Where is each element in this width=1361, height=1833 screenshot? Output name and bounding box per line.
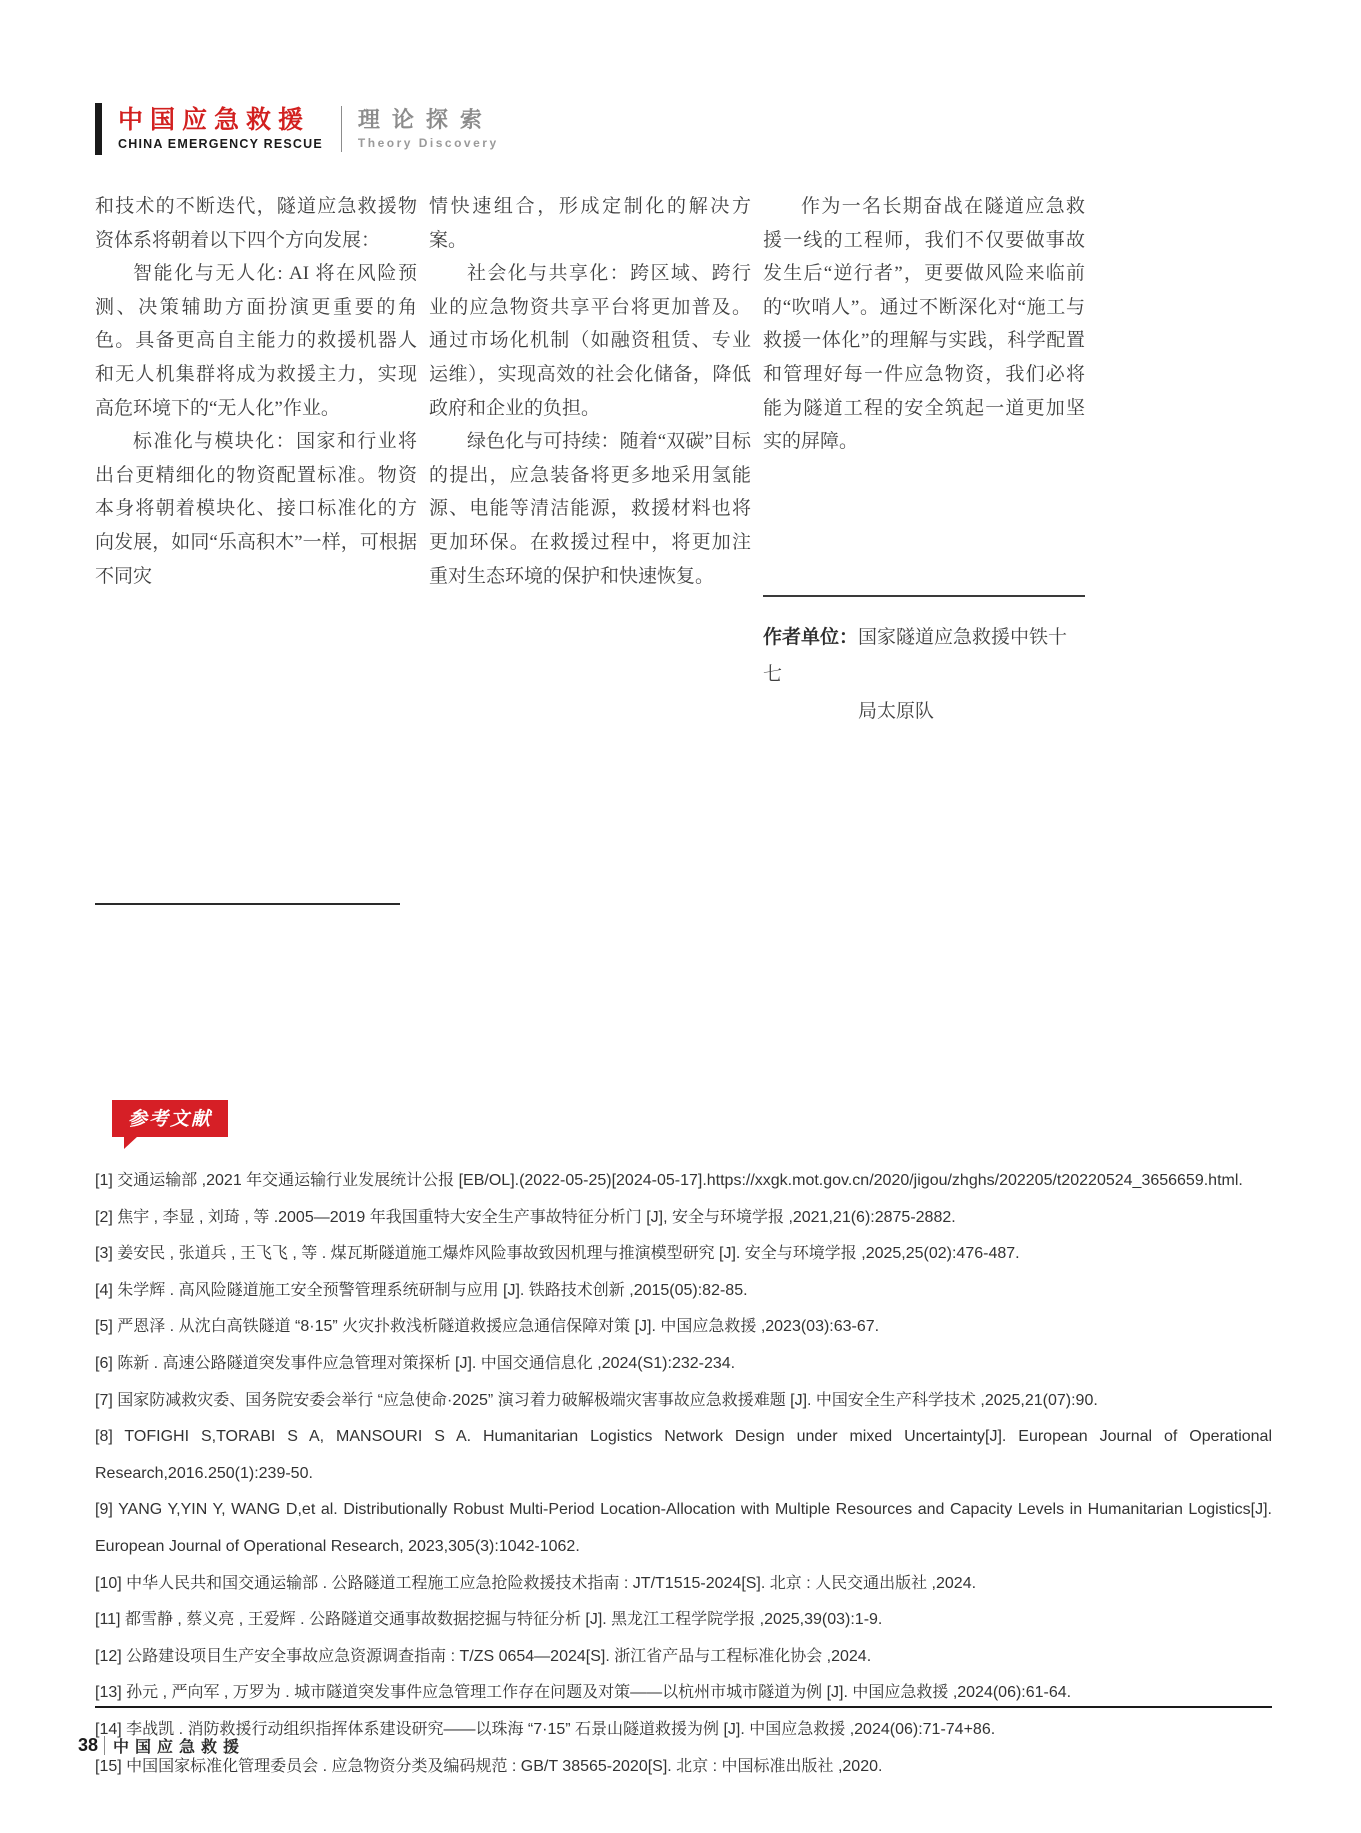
reference-item: [4] 朱学辉 . 高风险隧道施工安全预警管理系统研制与应用 [J]. 铁路技术… <box>95 1273 1272 1310</box>
footer-divider <box>104 1736 105 1755</box>
text-column-2: 情快速组合，形成定制化的解决方案。社会化与共享化：跨区域、跨行业的应急物资共享平… <box>429 190 751 730</box>
body-paragraph: 智能化与无人化: AI 将在风险预测、决策辅助方面扮演更重要的角色。具备更高自主… <box>95 257 417 425</box>
journal-page: 中国应急救援 CHINA EMERGENCY RESCUE 理论探索 Theor… <box>0 0 1361 1833</box>
author-affiliation-line1: 作者单位：国家隧道应急救援中铁十七 <box>763 619 1085 693</box>
header-divider <box>341 106 342 152</box>
reference-item: [15] 中国国家标准化管理委员会 . 应急物资分类及编码规范 : GB/T 3… <box>95 1749 1272 1786</box>
text-column-1: 和技术的不断迭代，隧道应急救援物资体系将朝着以下四个方向发展：智能化与无人化: … <box>95 190 417 730</box>
brand-bar <box>95 103 102 155</box>
footer-journal-title: 中国应急救援 <box>113 1734 245 1757</box>
reference-item: [6] 陈新 . 高速公路隧道突发事件应急管理对策探析 [J]. 中国交通信息化… <box>95 1346 1272 1383</box>
reference-item: [10] 中华人民共和国交通运输部 . 公路隧道工程施工应急抢险救援技术指南 :… <box>95 1566 1272 1603</box>
article-body: 和技术的不断迭代，隧道应急救援物资体系将朝着以下四个方向发展：智能化与无人化: … <box>95 190 1085 730</box>
references-top-rule <box>95 903 400 905</box>
author-affiliation-label: 作者单位： <box>763 627 858 648</box>
author-affiliation-line2: 局太原队 <box>763 693 1085 730</box>
body-paragraph: 绿色化与可持续：随着“双碳”目标的提出，应急装备将更多地采用氢能源、电能等清洁能… <box>429 425 751 593</box>
author-affiliation: 作者单位：国家隧道应急救援中铁十七局太原队 <box>763 619 1085 730</box>
page-number: 38 <box>78 1735 98 1756</box>
references-list: [1] 交通运输部 ,2021 年交通运输行业发展统计公报 [EB/OL].(2… <box>95 1163 1272 1785</box>
author-rule <box>763 595 1085 597</box>
body-paragraph: 作为一名长期奋战在隧道应急救援一线的工程师，我们不仅要做事故发生后“逆行者”，更… <box>763 190 1085 459</box>
reference-item: [11] 都雪静 , 蔡义亮 , 王爱辉 . 公路隧道交通事故数据挖掘与特征分析… <box>95 1602 1272 1639</box>
section-block: 理论探索 Theory Discovery <box>358 108 499 150</box>
body-paragraph: 和技术的不断迭代，隧道应急救援物资体系将朝着以下四个方向发展： <box>95 190 417 257</box>
references-badge: 参考文献 <box>112 1100 228 1137</box>
brand-block: 中国应急救援 CHINA EMERGENCY RESCUE <box>118 107 323 152</box>
reference-item: [3] 姜安民 , 张道兵 , 王飞飞 , 等 . 煤瓦斯隧道施工爆炸风险事故致… <box>95 1236 1272 1273</box>
text-column-3: 作为一名长期奋战在隧道应急救援一线的工程师，我们不仅要做事故发生后“逆行者”，更… <box>763 190 1085 730</box>
body-paragraph: 标准化与模块化：国家和行业将出台更精细化的物资配置标准。物资本身将朝着模块化、接… <box>95 425 417 593</box>
section-title-cn: 理论探索 <box>358 108 499 132</box>
reference-item: [2] 焦宇 , 李显 , 刘琦 , 等 .2005—2019 年我国重特大安全… <box>95 1200 1272 1237</box>
journal-title-en: CHINA EMERGENCY RESCUE <box>118 137 323 151</box>
body-paragraph: 社会化与共享化：跨区域、跨行业的应急物资共享平台将更加普及。通过市场化机制（如融… <box>429 257 751 425</box>
reference-item: [12] 公路建设项目生产安全事故应急资源调查指南 : T/ZS 0654—20… <box>95 1639 1272 1676</box>
reference-item: [7] 国家防减救灾委、国务院安委会举行 “应急使命·2025” 演习着力破解极… <box>95 1383 1272 1420</box>
reference-item: [14] 李战凯 . 消防救援行动组织指挥体系建设研究——以珠海 “7·15” … <box>95 1712 1272 1749</box>
journal-title-cn: 中国应急救援 <box>118 107 323 135</box>
page-footer: 38 中国应急救援 <box>78 1734 245 1757</box>
references-badge-label: 参考文献 <box>128 1109 212 1130</box>
reference-item: [5] 严恩泽 . 从沈白高铁隧道 “8·15” 火灾扑救浅析隧道救援应急通信保… <box>95 1309 1272 1346</box>
footer-rule <box>95 1706 1272 1708</box>
journal-header: 中国应急救援 CHINA EMERGENCY RESCUE 理论探索 Theor… <box>95 103 499 155</box>
reference-item: [8] TOFIGHI S,TORABI S A, MANSOURI S A. … <box>95 1419 1272 1492</box>
section-title-en: Theory Discovery <box>358 136 499 150</box>
reference-item: [9] YANG Y,YIN Y, WANG D,et al. Distribu… <box>95 1492 1272 1565</box>
reference-item: [1] 交通运输部 ,2021 年交通运输行业发展统计公报 [EB/OL].(2… <box>95 1163 1272 1200</box>
body-paragraph: 情快速组合，形成定制化的解决方案。 <box>429 190 751 257</box>
